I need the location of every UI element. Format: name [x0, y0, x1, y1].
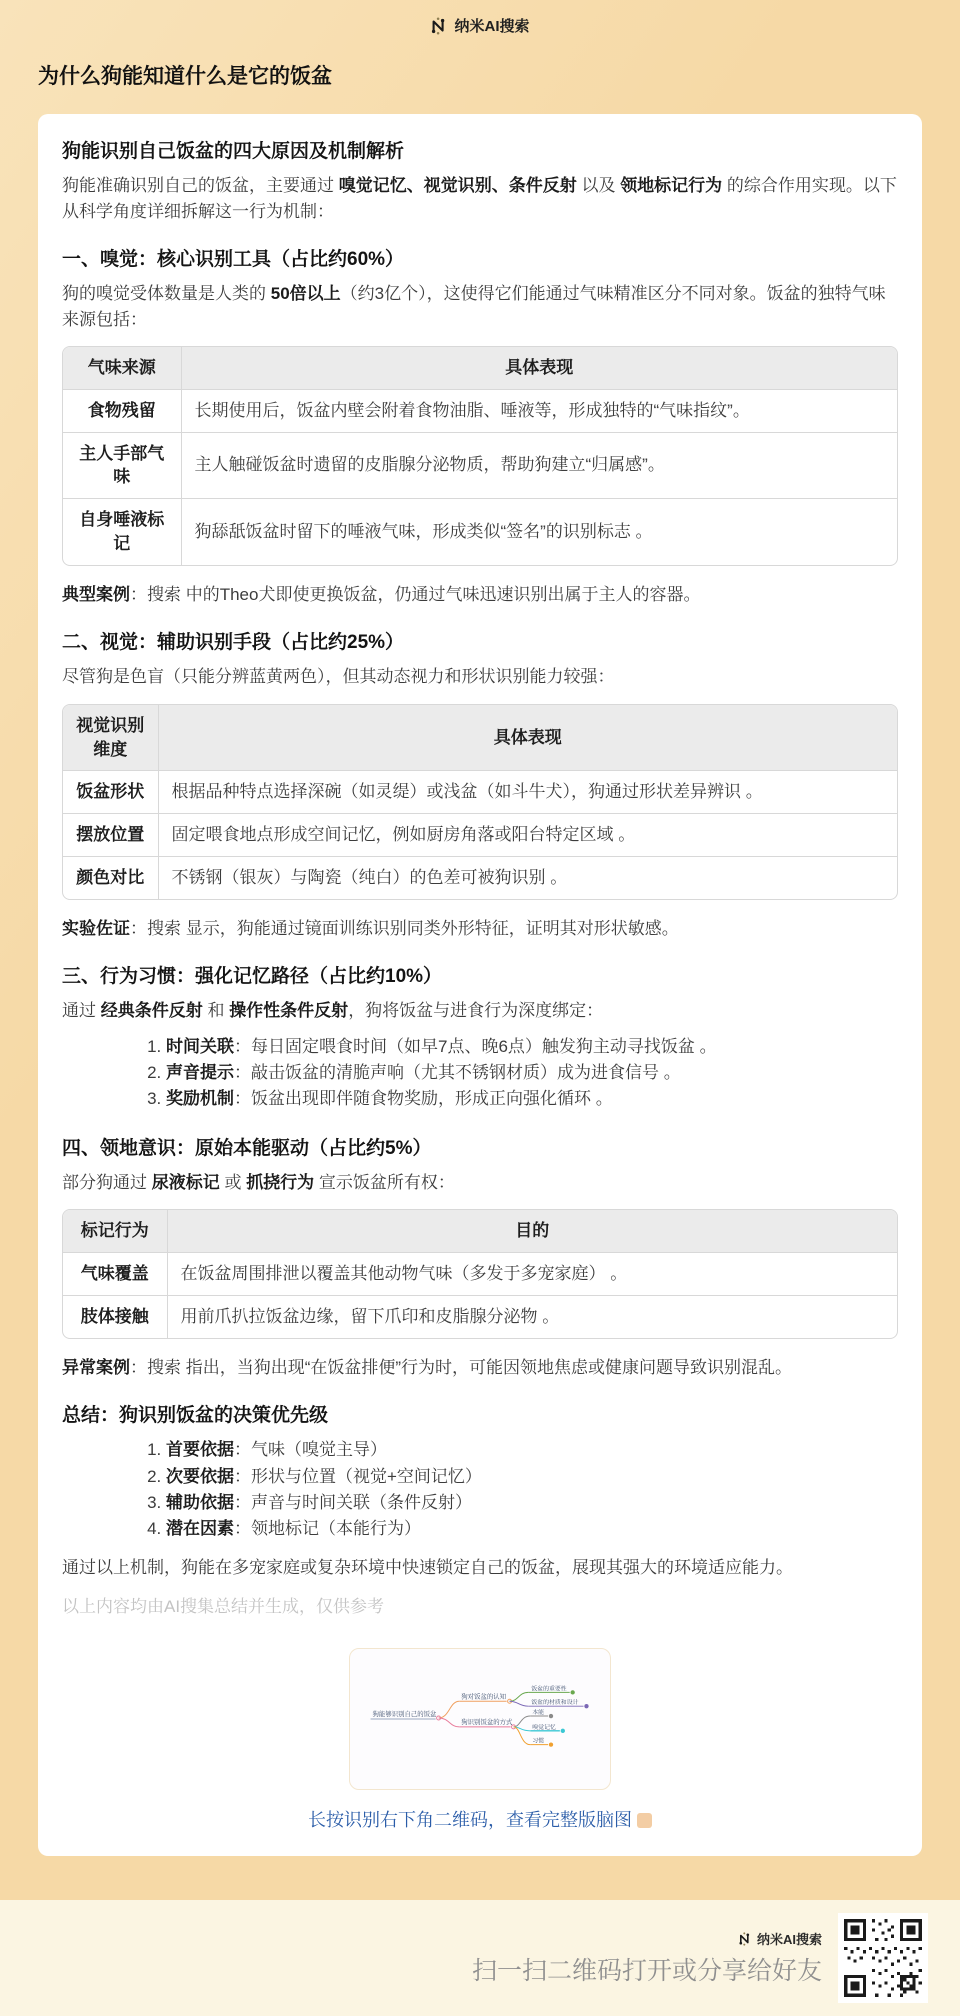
vision-table-col2-header: 具体表现: [158, 705, 897, 771]
table-row: 饭盆形状 根据品种特点选择深碗（如灵缇）或浅盆（如斗牛犬），狗通过形状差异辨识 …: [63, 771, 897, 814]
list-item: 声音提示：敲击饭盆的清脆声响（尤其不锈钢材质）成为进食信号 。: [166, 1060, 898, 1086]
ai-disclaimer: 以上内容均由AI搜集总结并生成，仅供参考: [62, 1594, 898, 1620]
table-row: 自身唾液标记 狗舔舐饭盆时留下的唾液气味，形成类似“签名”的识别标志 。: [63, 499, 897, 565]
section-heading-smell: 一、嗅觉：核心识别工具（占比约60%）: [62, 244, 898, 271]
smell-table-col2-header: 具体表现: [181, 347, 897, 389]
list-item: 潜在因素：领地标记（本能行为）: [166, 1516, 898, 1542]
smell-paragraph: 狗的嗅觉受体数量是人类的 50倍以上（约3亿个），这使得它们能通过气味精准区分不…: [62, 281, 898, 332]
mindmap-leaf-label: 本能: [532, 1708, 544, 1716]
mindmap-thumbnail[interactable]: 狗能够识别自己的饭盆 狗对饭盆的认知 饭盆的重要性 饭盆的材质和设计 狗识别饭盆…: [349, 1648, 611, 1790]
list-item: 首要依据：气味（嗅觉主导）: [166, 1437, 898, 1463]
table-row: 肢体接触 用前爪扒拉饭盆边缘，留下爪印和皮脂腺分泌物 。: [63, 1295, 897, 1337]
point-down-emoji-icon: [637, 1813, 652, 1828]
answer-card: 狗能识别自己饭盆的四大原因及机制解析 狗能准确识别自己的饭盆，主要通过 嗅觉记忆…: [38, 114, 922, 1856]
territory-abnormal-paragraph: 异常案例：搜索 指出，当狗出现“在饭盆排便”行为时，可能因领地焦虑或健康问题导致…: [62, 1355, 898, 1381]
mindmap-branch2-label: 狗识别饭盆的方式: [461, 1716, 513, 1725]
list-item: 辅助依据：声音与时间关联（条件反射）: [166, 1490, 898, 1516]
vision-table: 视觉识别维度 具体表现 饭盆形状 根据品种特点选择深碗（如灵缇）或浅盆（如斗牛犬…: [62, 704, 898, 900]
section-heading-behavior: 三、行为习惯：强化记忆路径（占比约10%）: [62, 961, 898, 988]
mindmap-leaf-label: 饭盆的重要性: [531, 1684, 567, 1692]
summary-list: 首要依据：气味（嗅觉主导） 次要依据：形状与位置（视觉+空间记忆） 辅助依据：声…: [62, 1437, 898, 1542]
view-full-mindmap-link[interactable]: 长按识别右下角二维码，查看完整版脑图: [62, 1806, 898, 1832]
mindmap-leaf-label: 习惯: [532, 1736, 544, 1744]
territory-table-col2-header: 目的: [167, 1210, 897, 1252]
smell-table-col1-header: 气味来源: [63, 347, 181, 389]
brand-name: 纳米AI搜索: [454, 15, 529, 36]
list-item: 奖励机制：饭盆出现即伴随食物奖励，形成正向强化循环 。: [166, 1086, 898, 1112]
mindmap-leaf-label: 饭盆的材质和设计: [531, 1698, 578, 1706]
share-page: 纳米AI搜索 为什么狗能知道什么是它的饭盆 狗能识别自己饭盆的四大原因及机制解析…: [0, 0, 960, 2016]
table-row: 颜色对比 不锈钢（银灰）与陶瓷（纯白）的色差可被狗识别 。: [63, 856, 897, 898]
section-heading-territory: 四、领地意识：原始本能驱动（占比约5%）: [62, 1133, 898, 1160]
brand-header: 纳米AI搜索: [0, 0, 960, 36]
list-item: 次要依据：形状与位置（视觉+空间记忆）: [166, 1464, 898, 1490]
smell-case-paragraph: 典型案例：搜索 中的Theo犬即使更换饭盆，仍通过气味迅速识别出属于主人的容器。: [62, 582, 898, 608]
mindmap-root-label: 狗能够识别自己的饭盆: [373, 1709, 438, 1718]
section-heading-vision: 二、视觉：辅助识别手段（占比约25%）: [62, 627, 898, 654]
section-heading-summary: 总结：狗识别饭盆的决策优先级: [62, 1400, 898, 1427]
conclusion-paragraph: 通过以上机制，狗能在多宠家庭或复杂环境中快速锁定自己的饭盆，展现其强大的环境适应…: [62, 1555, 898, 1581]
behavior-paragraph: 通过 经典条件反射 和 操作性条件反射，狗将饭盆与进食行为深度绑定：: [62, 998, 898, 1024]
territory-table-col1-header: 标记行为: [63, 1210, 167, 1252]
vision-table-col1-header: 视觉识别维度: [63, 705, 158, 771]
table-row: 摆放位置 固定喂食地点形成空间记忆，例如厨房角落或阳台特定区域 。: [63, 814, 897, 857]
intro-paragraph: 狗能准确识别自己的饭盆，主要通过 嗅觉记忆、视觉识别、条件反射 以及 领地标记行…: [62, 173, 898, 224]
list-item: 时间关联：每日固定喂食时间（如早7点、晚6点）触发狗主动寻找饭盆 。: [166, 1034, 898, 1060]
share-footer: 纳米AI搜索 扫一扫二维码打开或分享给好友: [0, 1900, 960, 2016]
page-title: 为什么狗能知道什么是它的饭盆: [38, 60, 922, 90]
territory-table: 标记行为 目的 气味覆盖 在饭盆周围排泄以覆盖其他动物气味（多发于多宠家庭） 。…: [62, 1209, 898, 1338]
vision-evidence-paragraph: 实验佐证：搜索 显示，狗能通过镜面训练识别同类外形特征，证明其对形状敏感。: [62, 916, 898, 942]
qr-code: [838, 1913, 928, 2003]
footer-text-block: 纳米AI搜索 扫一扫二维码打开或分享给好友: [472, 1929, 822, 1987]
behavior-list: 时间关联：每日固定喂食时间（如早7点、晚6点）触发狗主动寻找饭盆 。 声音提示：…: [62, 1034, 898, 1113]
table-row: 气味覆盖 在饭盆周围排泄以覆盖其他动物气味（多发于多宠家庭） 。: [63, 1253, 897, 1296]
smell-table: 气味来源 具体表现 食物残留 长期使用后，饭盆内壁会附着食物油脂、唾液等，形成独…: [62, 346, 898, 566]
mindmap-branch1-label: 狗对饭盆的认知: [461, 1691, 506, 1700]
mindmap-thumbnail-wrap: 狗能够识别自己的饭盆 狗对饭盆的认知 饭盆的重要性 饭盆的材质和设计 狗识别饭盆…: [62, 1648, 898, 1790]
card-heading: 狗能识别自己饭盆的四大原因及机制解析: [62, 136, 898, 163]
territory-paragraph: 部分狗通过 尿液标记 或 抓挠行为 宣示饭盆所有权：: [62, 1170, 898, 1196]
mindmap-leaf-label: 嗅觉记忆: [532, 1722, 556, 1730]
table-row: 主人手部气味 主人触碰饭盆时遗留的皮脂腺分泌物质，帮助狗建立“归属感”。: [63, 432, 897, 499]
footer-scan-hint: 扫一扫二维码打开或分享给好友: [472, 1951, 822, 1987]
vision-paragraph: 尽管狗是色盲（只能分辨蓝黄两色），但其动态视力和形状识别能力较强：: [62, 664, 898, 690]
table-row: 食物残留 长期使用后，饭盆内壁会附着食物油脂、唾液等，形成独特的“气味指纹”。: [63, 389, 897, 432]
nano-ai-logo-icon: [738, 1932, 752, 1946]
nano-ai-logo-icon: [430, 17, 448, 35]
footer-brand: 纳米AI搜索: [738, 1929, 822, 1948]
